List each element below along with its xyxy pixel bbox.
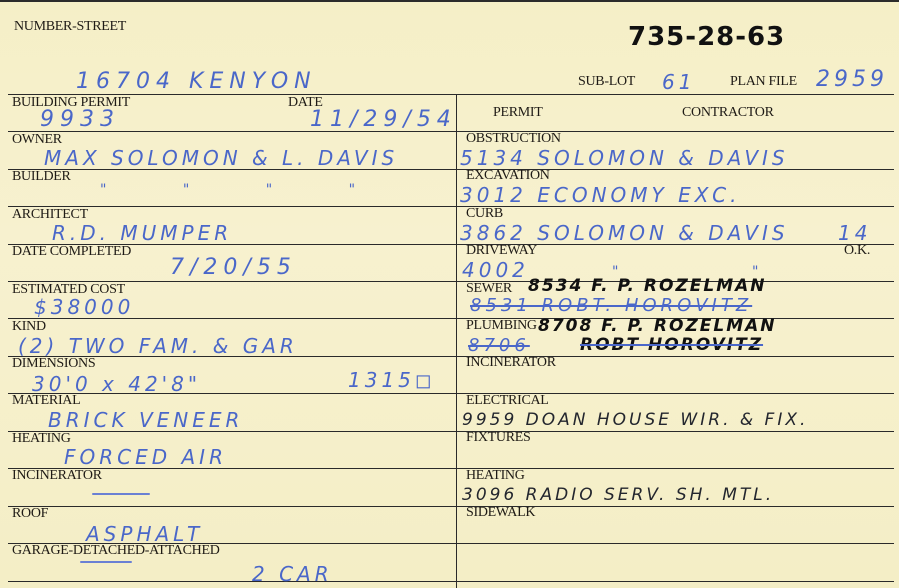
roof-label: ROOF [12, 507, 48, 521]
estimated-cost-value: $38000 [34, 297, 134, 317]
plumbing-value: 8708 F. P. ROZELMAN [538, 317, 777, 335]
building-permit-value: 9933 [40, 110, 120, 130]
heating-permit-value: 3096 RADIO SERV. SH. MTL. [462, 485, 774, 505]
building-permit-date: 11/29/54 [310, 110, 457, 130]
owner-label: OWNER [12, 133, 62, 147]
driveway-ok: O.K. [844, 244, 870, 258]
number-street-label: NUMBER-STREET [14, 20, 126, 34]
incinerator-permit-label: INCINERATOR [466, 356, 556, 370]
heating-permit-label: HEATING [466, 469, 525, 483]
address-value: 16704 KENYON [76, 72, 317, 92]
rule [8, 506, 894, 507]
electrical-label: ELECTRICAL [466, 394, 549, 408]
sidewalk-label: SIDEWALK [466, 506, 535, 520]
kind-value: (2) TWO FAM. & GAR [18, 336, 298, 356]
detached-underline [80, 561, 132, 563]
rule [8, 581, 894, 582]
sewer-struck-value: 8531 ROBT. HOROVITZ [470, 296, 752, 316]
plumbing-struck-permit: 8706 [468, 336, 530, 356]
plan-file-value: 2959 [816, 70, 888, 90]
fixtures-label: FIXTURES [466, 431, 531, 445]
obstruction-label: OBSTRUCTION [466, 132, 561, 146]
electrical-value: 9959 DOAN HOUSE WIR. & FIX. [462, 410, 808, 430]
heating-label: HEATING [12, 432, 71, 446]
sewer-label: SEWER [466, 282, 512, 296]
date-completed-value: 7/20/55 [170, 258, 297, 278]
curb-label: CURB [466, 207, 503, 221]
obstruction-value: 5134 SOLOMON & DAVIS [460, 148, 789, 168]
date-completed-label: DATE COMPLETED [12, 245, 131, 259]
architect-label: ARCHITECT [12, 208, 88, 222]
record-number: 735-28-63 [628, 24, 785, 50]
driveway-label: DRIVEWAY [466, 244, 537, 258]
heating-value: FORCED AIR [64, 447, 227, 467]
sewer-value: 8534 F. P. ROZELMAN [528, 277, 767, 295]
dimensions-value: 30'0 x 42'8" [32, 374, 201, 394]
plan-file-label: PLAN FILE [730, 75, 797, 89]
curb-note: 14 [838, 223, 871, 243]
curb-value: 3862 SOLOMON & DAVIS [460, 223, 789, 243]
driveway-value: 4002 [462, 260, 529, 280]
material-value: BRICK VENEER [48, 410, 243, 430]
dimensions-label: DIMENSIONS [12, 357, 95, 371]
incinerator-dash [92, 493, 150, 495]
excavation-value: 3012 ECONOMY EXC. [460, 185, 740, 205]
excavation-label: EXCAVATION [466, 169, 550, 183]
plumbing-struck-contractor: ROBT HOROVITZ [580, 336, 763, 354]
garage-value: 2 CAR [252, 564, 333, 584]
material-label: MATERIAL [12, 394, 80, 408]
roof-value: ASPHALT [86, 524, 203, 544]
incinerator-label: INCINERATOR [12, 469, 102, 483]
builder-label: BUILDER [12, 170, 71, 184]
permit-header: PERMIT [493, 106, 543, 120]
kind-label: KIND [12, 320, 46, 334]
sub-lot-value: 61 [662, 72, 695, 92]
architect-value: R.D. MUMPER [52, 223, 232, 243]
dimensions-area: 1315◻ [348, 370, 436, 390]
garage-label: GARAGE-DETACHED-ATTACHED [12, 544, 220, 558]
plumbing-label: PLUMBING [466, 319, 537, 333]
rule [8, 206, 894, 207]
rule [8, 94, 894, 95]
contractor-header: CONTRACTOR [682, 106, 774, 120]
owner-value: MAX SOLOMON & L. DAVIS [44, 148, 398, 168]
sub-lot-label: SUB-LOT [578, 75, 635, 89]
permit-card: NUMBER-STREET 735-28-63 16704 KENYON SUB… [0, 0, 899, 588]
builder-value: " " " " [100, 180, 391, 200]
